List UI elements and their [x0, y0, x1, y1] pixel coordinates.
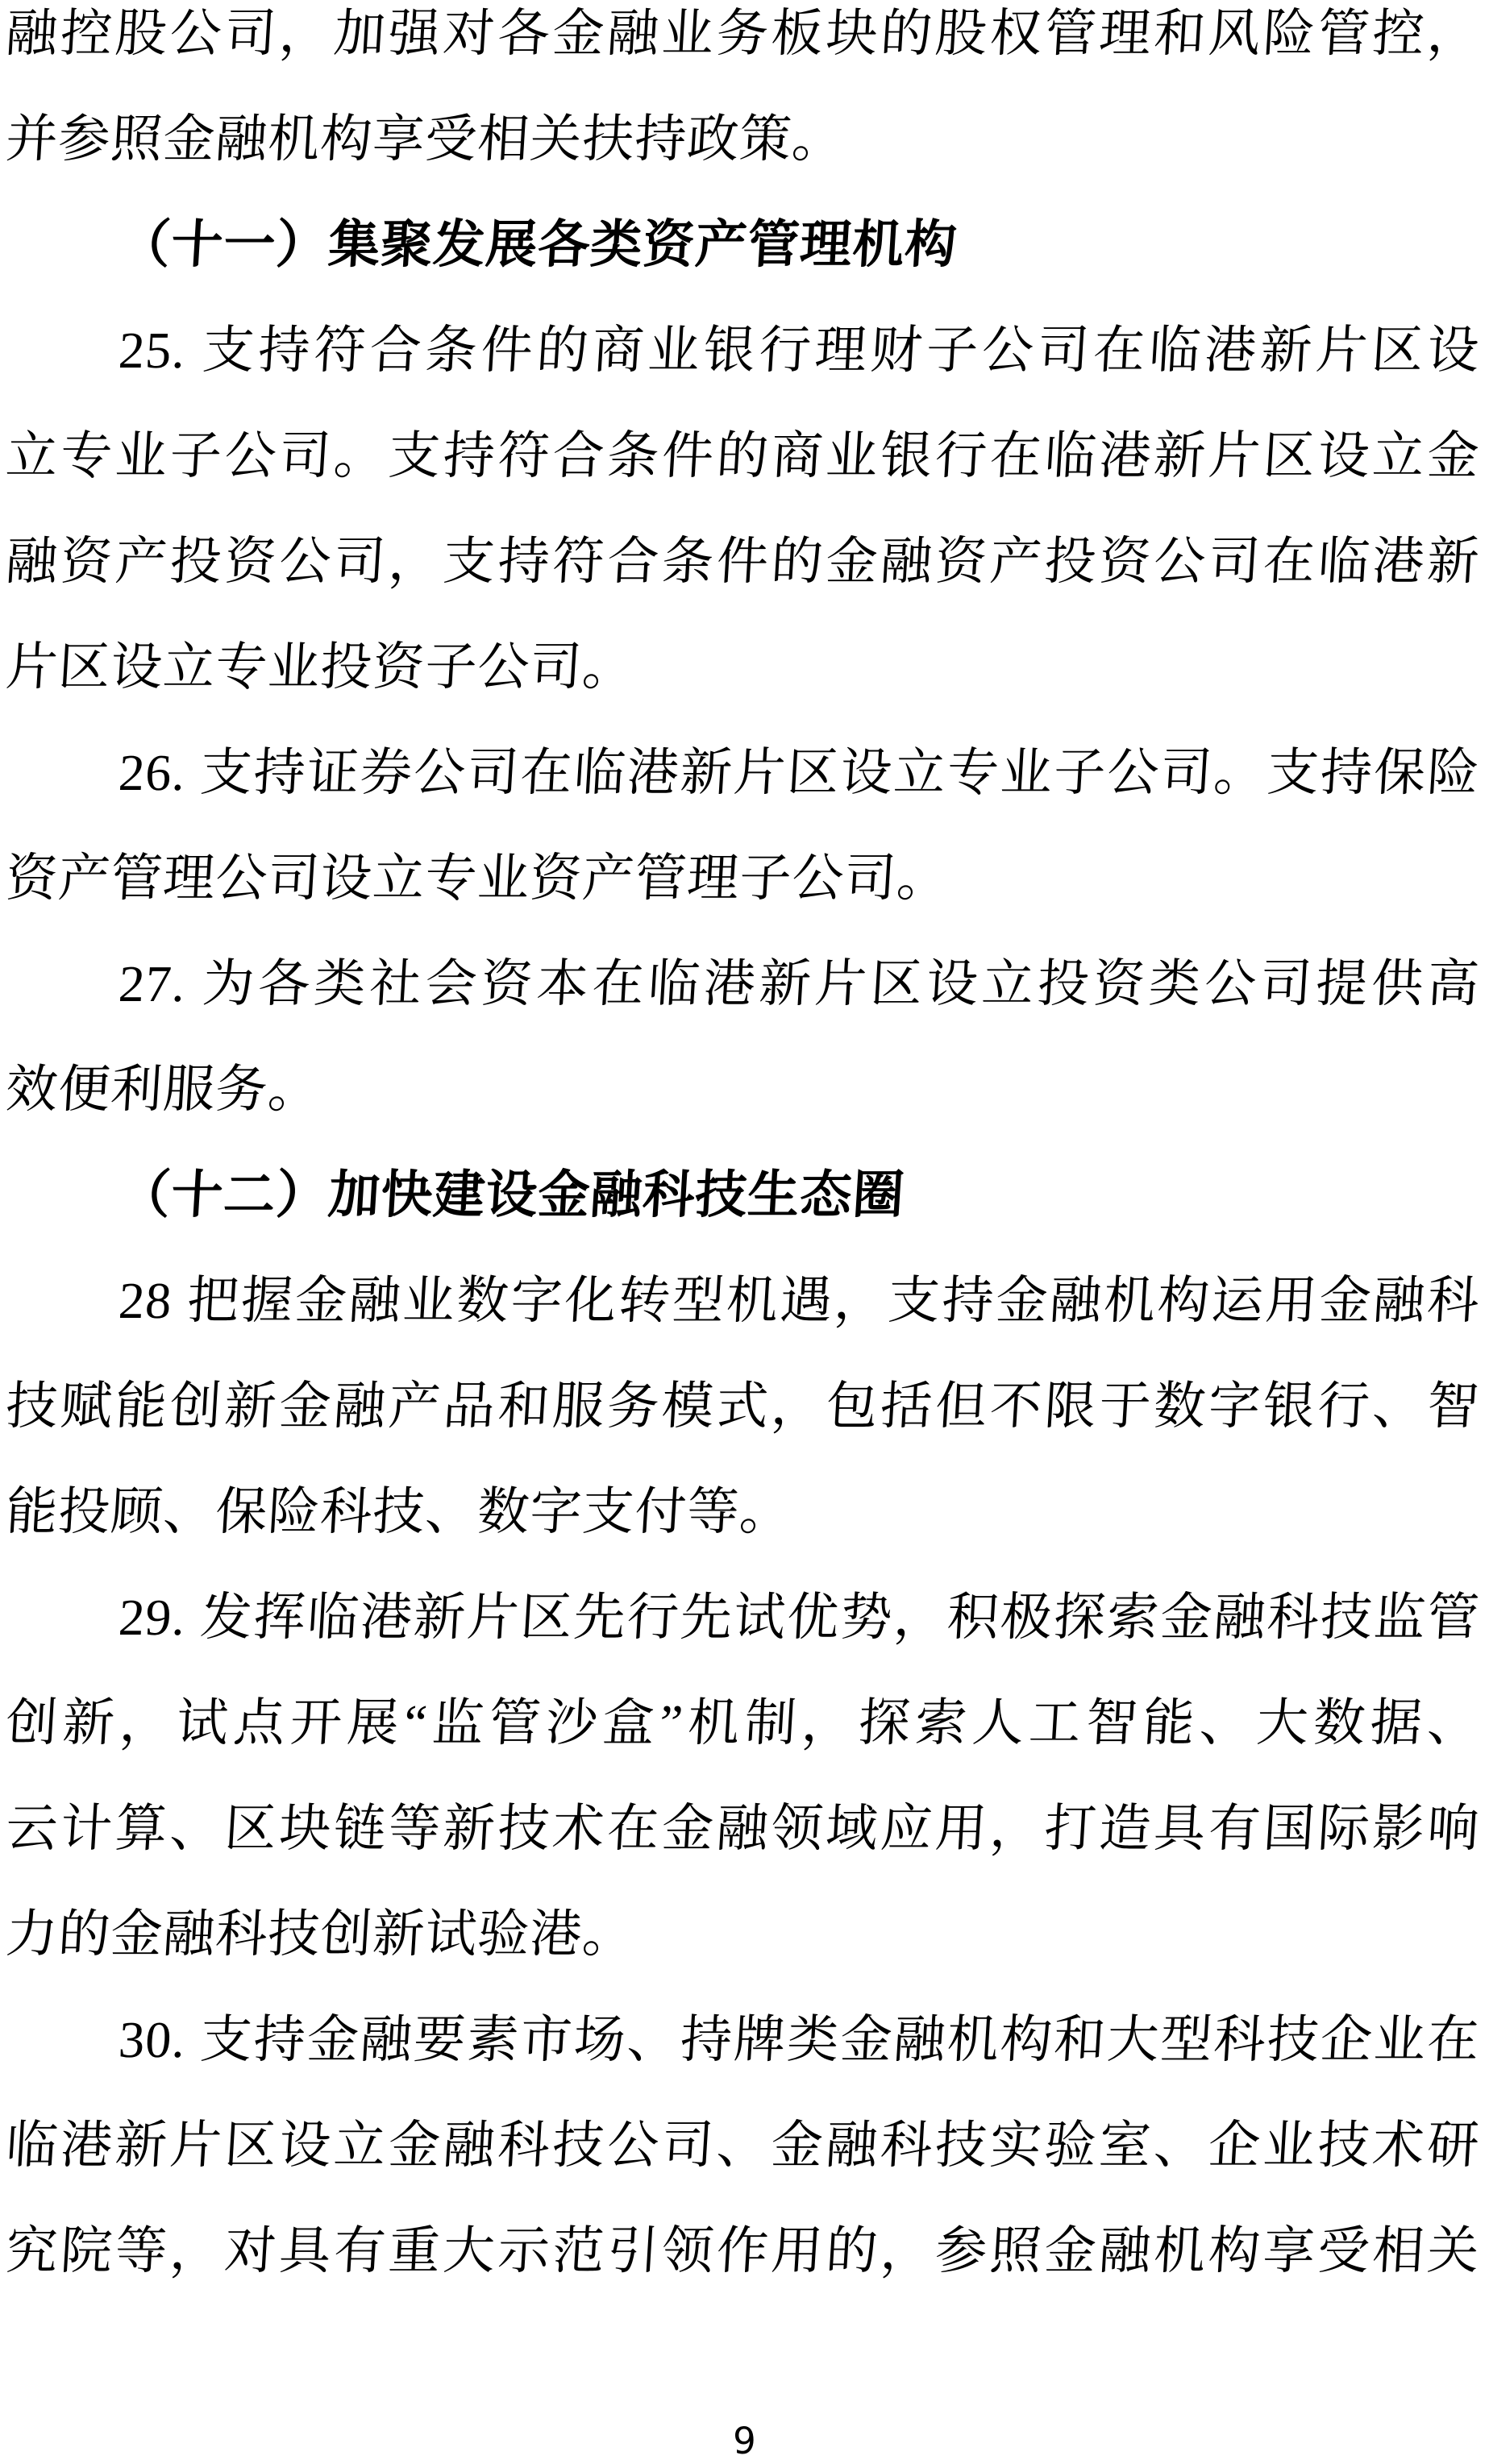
heading-line: （十一）集聚发展各类资产管理机构 — [2, 192, 1483, 297]
document-page: 融控股公司，加强对各金融业务板块的股权管理和风险管控，并参照金融机构享受相关扶持… — [0, 0, 1489, 2464]
text-block: 融控股公司，加强对各金融业务板块的股权管理和风险管控，并参照金融机构享受相关扶持… — [4, 0, 1478, 2304]
body-line: 立专业子公司。支持符合条件的商业银行在临港新片区设立金 — [2, 403, 1483, 509]
body-line: 临港新片区设立金融科技公司、金融科技实验室、企业技术研 — [2, 2092, 1483, 2198]
body-line: 能投顾、保险科技、数字支付等。 — [2, 1459, 1483, 1564]
body-line: 片区设立专业投资子公司。 — [2, 614, 1483, 720]
body-line: 26. 支持证券公司在临港新片区设立专业子公司。支持保险 — [2, 720, 1483, 825]
body-line: 力的金融科技创新试验港。 — [2, 1881, 1483, 1987]
body-line: 资产管理公司设立专业资产管理子公司。 — [2, 825, 1483, 931]
body-line: 25. 支持符合条件的商业银行理财子公司在临港新片区设 — [2, 297, 1483, 403]
body-line: 效便利服务。 — [2, 1037, 1483, 1142]
body-line: 28 把握金融业数字化转型机遇，支持金融机构运用金融科 — [2, 1248, 1483, 1353]
body-line: 30. 支持金融要素市场、持牌类金融机构和大型科技企业在 — [2, 1987, 1483, 2092]
body-line: 27. 为各类社会资本在临港新片区设立投资类公司提供高 — [2, 931, 1483, 1037]
heading-line: （十二）加快建设金融科技生态圈 — [2, 1142, 1483, 1248]
body-line: 并参照金融机构享受相关扶持政策。 — [2, 86, 1483, 192]
body-line: 技赋能创新金融产品和服务模式，包括但不限于数字银行、智 — [2, 1353, 1483, 1459]
body-line: 云计算、区块链等新技术在金融领域应用，打造具有国际影响 — [2, 1776, 1483, 1881]
body-line: 融控股公司，加强对各金融业务板块的股权管理和风险管控， — [2, 0, 1483, 86]
body-line: 融资产投资公司，支持符合条件的金融资产投资公司在临港新 — [2, 509, 1483, 614]
body-line: 究院等，对具有重大示范引领作用的，参照金融机构享受相关 — [2, 2198, 1483, 2304]
body-line: 29. 发挥临港新片区先行先试优势，积极探索金融科技监管 — [2, 1564, 1483, 1670]
page-number: 9 — [0, 2421, 1489, 2462]
body-line: 创新，试点开展“监管沙盒”机制，探索人工智能、大数据、 — [2, 1670, 1483, 1776]
